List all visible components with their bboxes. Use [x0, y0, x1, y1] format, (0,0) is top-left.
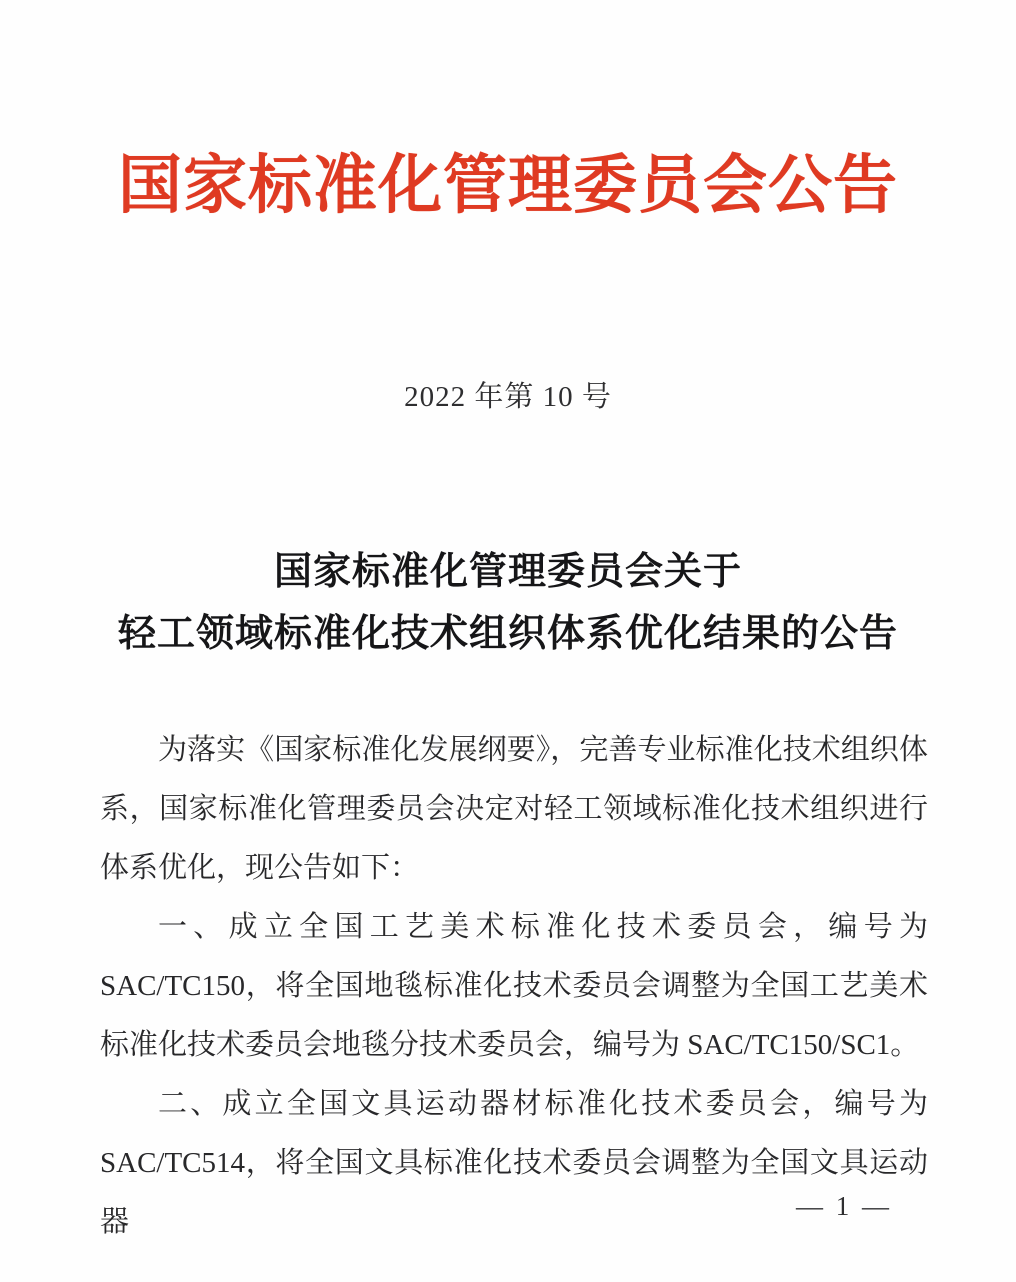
announcement-header-title: 国家标准化管理委员会公告: [0, 0, 1016, 226]
body-paragraph-item2: 二、成立全国文具运动器材标准化技术委员会，编号为 SAC/TC514，将全国文具…: [100, 1075, 928, 1252]
announcement-page: 国家标准化管理委员会公告 2022 年第 10 号 国家标准化管理委员会关于 轻…: [0, 0, 1016, 1282]
body-paragraph-intro: 为落实《国家标准化发展纲要》，完善专业标准化技术组织体系，国家标准化管理委员会决…: [100, 721, 928, 898]
announcement-subtitle-line1: 国家标准化管理委员会关于: [0, 541, 1016, 603]
announcement-body: 为落实《国家标准化发展纲要》，完善专业标准化技术组织体系，国家标准化管理委员会决…: [0, 721, 1016, 1252]
document-number: 2022 年第 10 号: [0, 374, 1016, 415]
announcement-subtitle-line2: 轻工领域标准化技术组织体系优化结果的公告: [0, 603, 1016, 665]
announcement-subtitle: 国家标准化管理委员会关于 轻工领域标准化技术组织体系优化结果的公告: [0, 541, 1016, 665]
body-paragraph-item1: 一、成立全国工艺美术标准化技术委员会，编号为 SAC/TC150，将全国地毯标准…: [100, 898, 928, 1075]
page-number-footer: — 1 —: [796, 1191, 892, 1222]
